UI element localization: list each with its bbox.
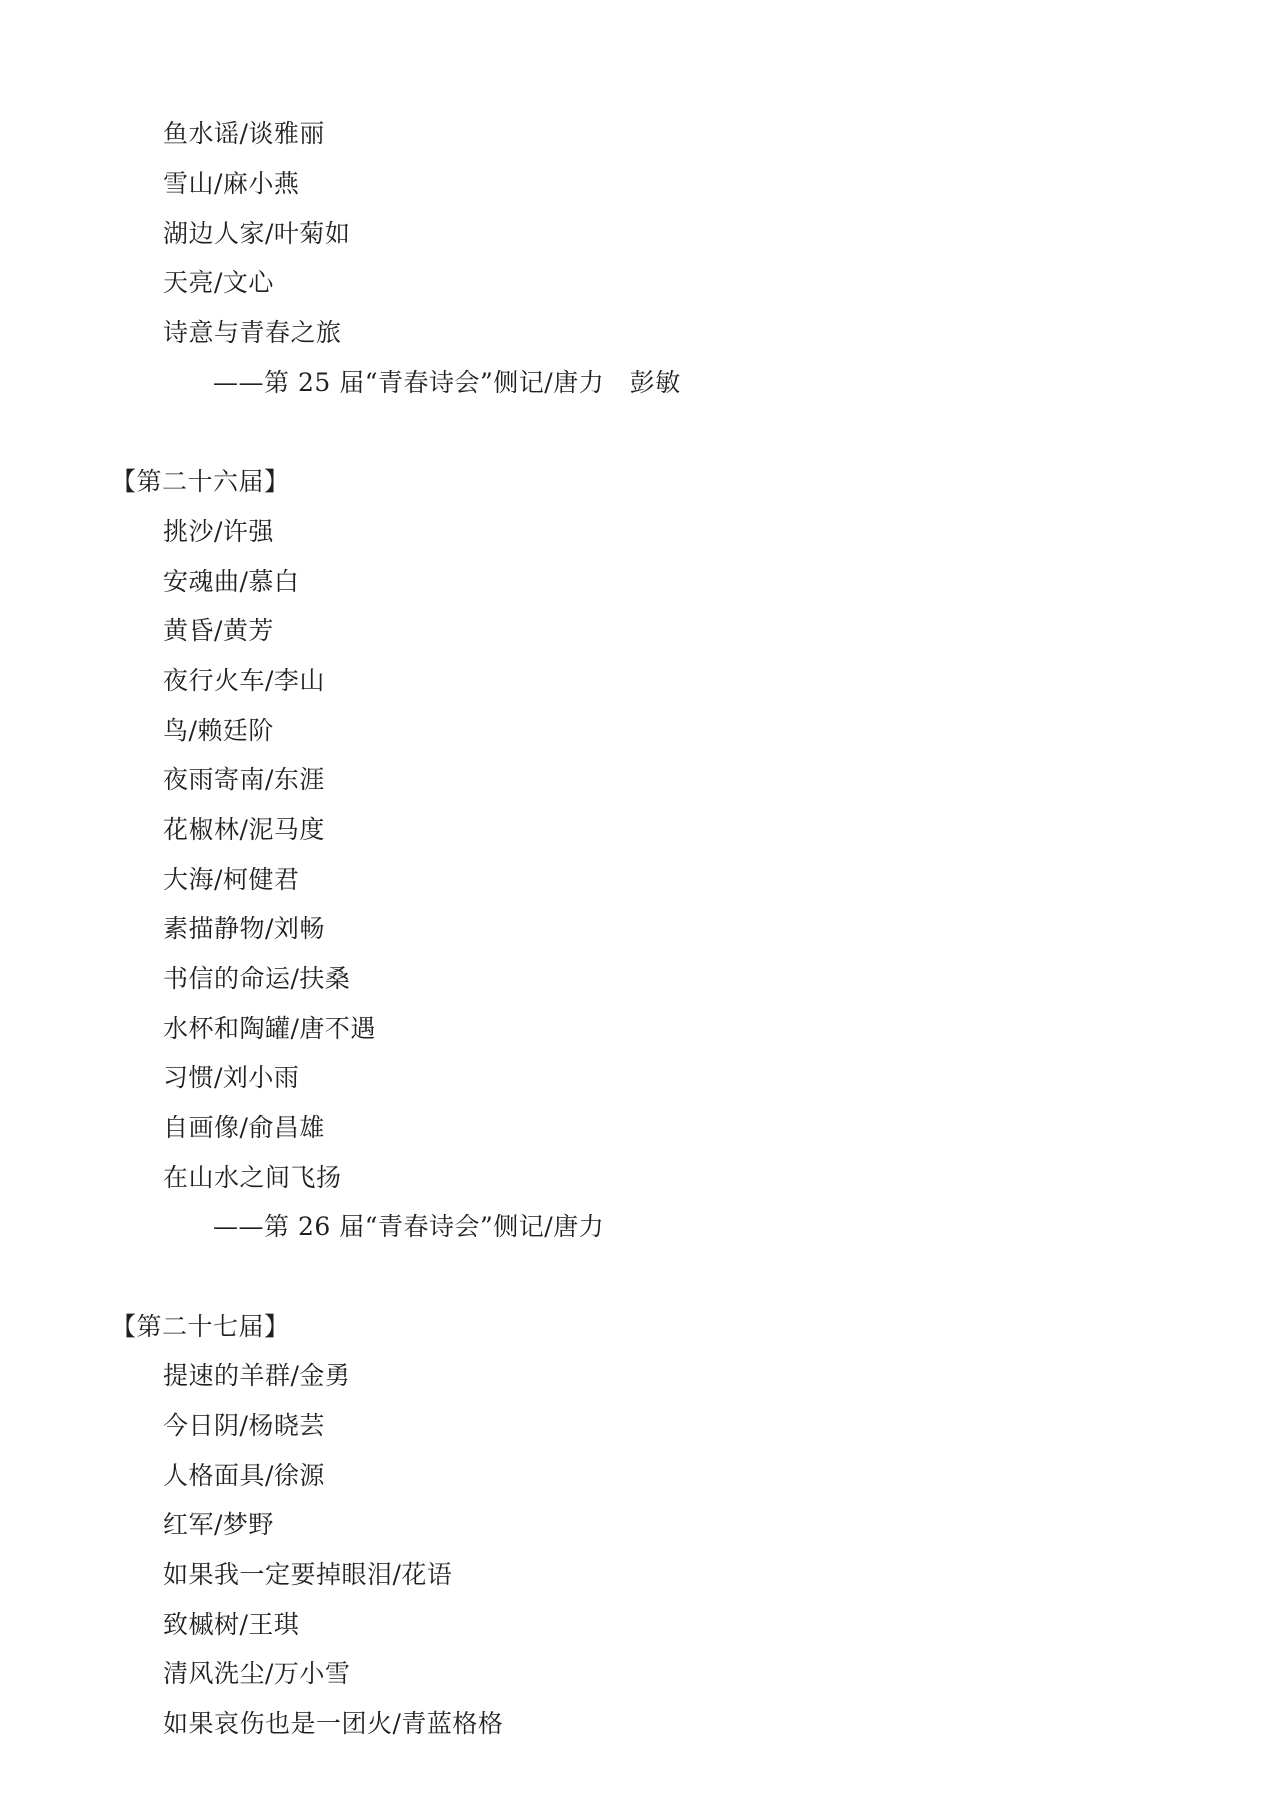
toc-entry: 挑沙/许强 (163, 517, 274, 547)
toc-entry: 致槭树/王琪 (163, 1610, 299, 1640)
toc-entry: 花椒林/泥马度 (163, 815, 325, 845)
toc-entry: 安魂曲/慕白 (163, 567, 299, 597)
toc-entry: 大海/柯健君 (163, 865, 299, 895)
toc-entry: 人格面具/徐源 (163, 1461, 325, 1491)
toc-entry: 天亮/文心 (163, 268, 274, 298)
toc-entry: 鱼水谣/谈雅丽 (163, 119, 325, 149)
toc-entry: 自画像/俞昌雄 (163, 1113, 325, 1143)
toc-entry: 水杯和陶罐/唐不遇 (163, 1014, 376, 1044)
toc-entry: 黄昏/黄芳 (163, 616, 274, 646)
toc-entry-subtitle: ——第 26 届“青春诗会”侧记/唐力 (213, 1212, 604, 1242)
toc-entry: 如果哀伤也是一团火/青蓝格格 (163, 1709, 503, 1739)
toc-entry: 素描静物/刘畅 (163, 914, 325, 944)
toc-entry: 湖边人家/叶菊如 (163, 219, 350, 249)
toc-entry: 在山水之间飞扬 (163, 1163, 342, 1193)
toc-entry: 如果我一定要掉眼泪/花语 (163, 1560, 452, 1590)
toc-entry: 习惯/刘小雨 (163, 1063, 299, 1093)
toc-entry: 今日阴/杨晓芸 (163, 1411, 325, 1441)
toc-entry: 夜行火车/李山 (163, 666, 325, 696)
toc-entry: 清风洗尘/万小雪 (163, 1659, 350, 1689)
toc-entry: 红军/梦野 (163, 1510, 274, 1540)
toc-entry: 雪山/麻小燕 (163, 169, 299, 199)
toc-entry: 夜雨寄南/东涯 (163, 765, 325, 795)
section-heading-27: 【第二十七届】 (111, 1312, 290, 1342)
toc-entry: 鸟/赖廷阶 (163, 716, 274, 746)
toc-entry-subtitle: ——第 25 届“青春诗会”侧记/唐力 彭敏 (213, 368, 681, 398)
toc-entry: 提速的羊群/金勇 (163, 1361, 350, 1391)
section-heading-26: 【第二十六届】 (111, 467, 290, 497)
toc-entry: 诗意与青春之旅 (163, 318, 342, 348)
toc-entry: 书信的命运/扶桑 (163, 964, 350, 994)
document-page: 鱼水谣/谈雅丽 雪山/麻小燕 湖边人家/叶菊如 天亮/文心 诗意与青春之旅 ——… (0, 0, 1280, 1809)
